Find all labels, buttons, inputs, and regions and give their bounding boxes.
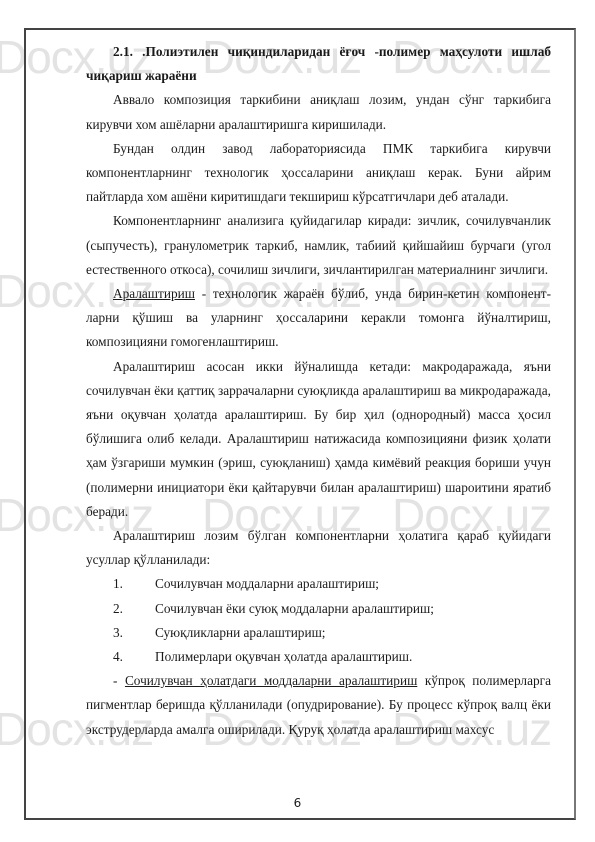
list-item: 4.Полимерлари оқувчан ҳолатда аралаштири… (113, 645, 551, 669)
methods-list: 1.Сочилувчан моддаларни аралаштириш; 2.С… (113, 572, 551, 669)
list-item: 1.Сочилувчан моддаларни аралаштириш; (113, 572, 551, 596)
list-text: Сочилувчан моддаларни аралаштириш; (155, 572, 379, 596)
list-number: 2. (113, 597, 155, 621)
list-number: 3. (113, 621, 155, 645)
list-number: 1. (113, 572, 155, 596)
page-number: 6 (0, 796, 595, 810)
list-item: 3.Суюқликларни аралаштириш; (113, 621, 551, 645)
list-number: 4. (113, 645, 155, 669)
document-body: 2.1. .Полиэтилен чиқиндиларидан ёғоч -по… (113, 40, 551, 742)
underlined-term: Сочилувчан ҳолатдаги моддаларни аралашти… (125, 673, 417, 688)
definition-term: Аралаштириш (113, 286, 195, 301)
paragraph: Бундан олдин завод лабораториясида ПМК т… (86, 137, 551, 210)
dash-prefix: - (113, 673, 125, 688)
list-item: 2.Сочилувчан ёки суюқ моддаларни аралашт… (113, 597, 551, 621)
list-text: Сочилувчан ёки суюқ моддаларни аралаштир… (155, 597, 434, 621)
list-text: Суюқликларни аралаштириш; (155, 621, 326, 645)
section-heading: 2.1. .Полиэтилен чиқиндиларидан ёғоч -по… (86, 40, 551, 88)
definition-paragraph: Аралаштириш - технологик жараён бўлиб, у… (86, 282, 551, 355)
paragraph: Аралаштириш асосан икки йўналишда кетади… (86, 355, 551, 524)
paragraph: Аввало композиция таркибини аниқлаш лози… (86, 88, 551, 136)
paragraph: Компонентларнинг анализига қуйидагилар к… (86, 209, 551, 282)
paragraph: Аралаштириш лозим бўлган компонентларни … (86, 524, 551, 572)
list-text: Полимерлари оқувчан ҳолатда аралаштириш. (155, 645, 412, 669)
paragraph: - Сочилувчан ҳолатдаги моддаларни аралаш… (86, 669, 551, 742)
